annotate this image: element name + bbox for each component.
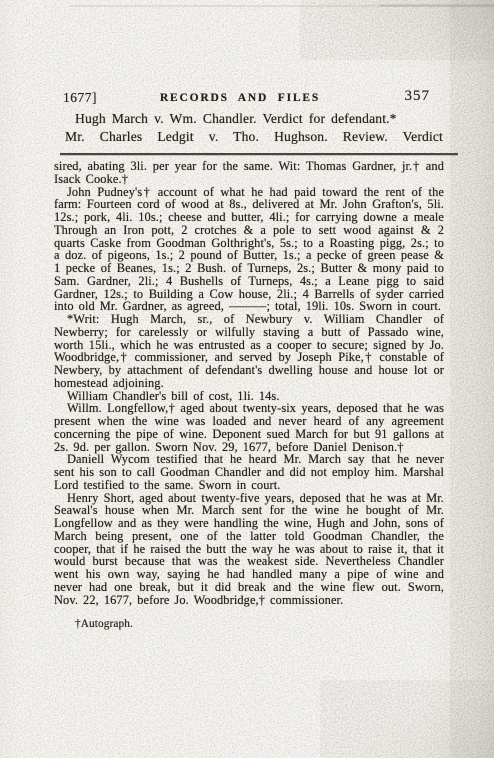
scanned-book-page: 1677] RECORDS AND FILES 357 Hugh March v…	[0, 0, 494, 758]
scan-smudge-line	[70, 5, 494, 7]
case-caption-line-1: Hugh March v. Wm. Chandler. Verdict for …	[54, 110, 443, 128]
case-captions: Hugh March v. Wm. Chandler. Verdict for …	[54, 110, 443, 145]
paragraph-continuation: sired, abating 3li. per year for the sam…	[54, 160, 444, 186]
paragraph-writ: *Writ: Hugh March, sr., of Newbury v. Wi…	[54, 313, 444, 390]
paragraph-wycom-testimony: Daniell Wycom testified that he heard Mr…	[54, 453, 444, 491]
body-text-column: sired, abating 3li. per year for the sam…	[54, 160, 444, 631]
footnote-autograph: †Autograph.	[54, 618, 444, 631]
paragraph-pudney-account: John Pudney's† account of what he had pa…	[54, 186, 444, 314]
running-header: 1677] RECORDS AND FILES 357	[0, 88, 494, 106]
case-caption-line-2: Mr. Charles Ledgit v. Tho. Hughson. Revi…	[54, 128, 443, 146]
paragraph-longfellow-deposition: Willm. Longfellow,† aged about twenty-si…	[54, 402, 444, 453]
header-page-number: 357	[405, 88, 431, 105]
paragraph-short-deposition: Henry Short, aged about twenty-five year…	[54, 492, 444, 607]
separator-rule	[60, 153, 458, 155]
